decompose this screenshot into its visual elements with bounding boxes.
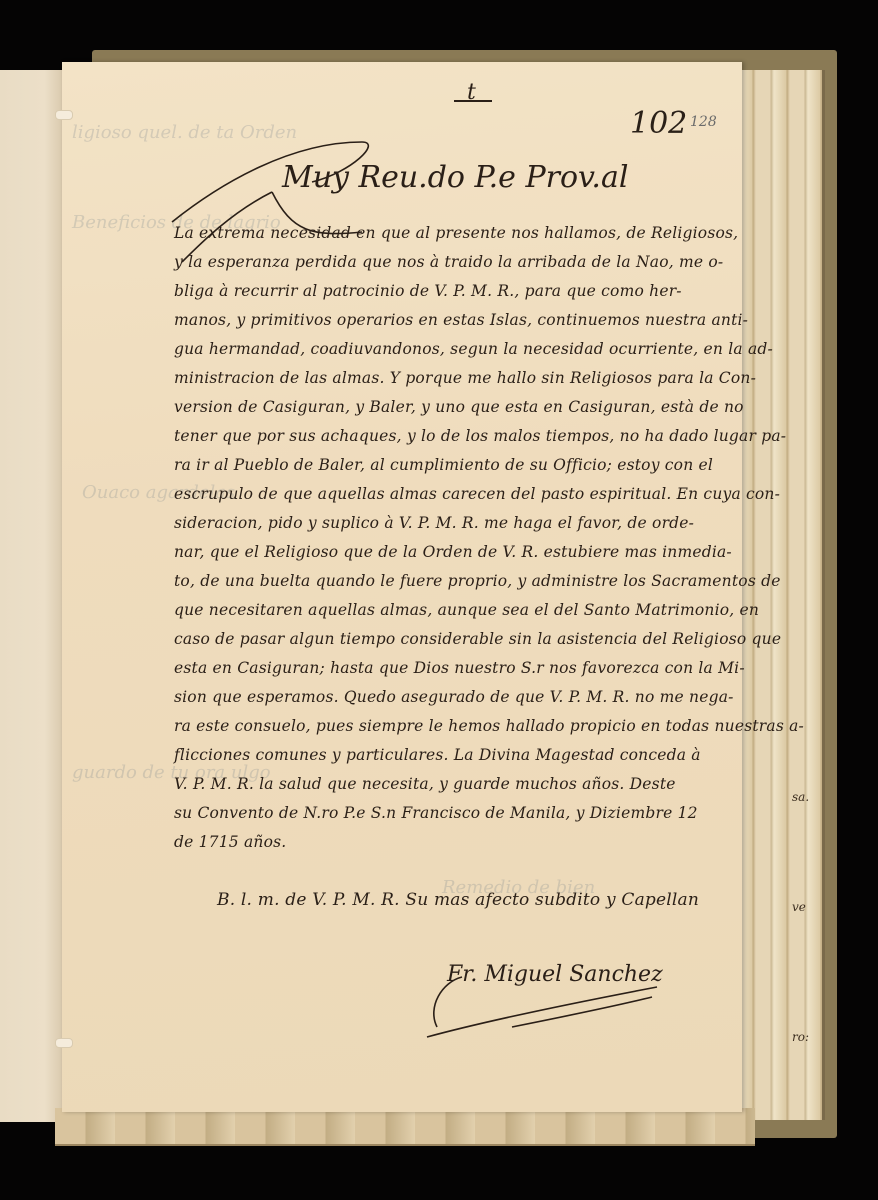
salutation: Muy Reu.do P.e Prov.al [282,160,628,195]
manuscript-page: ligioso quel. de ta Orden Beneficios de … [62,62,742,1112]
body-line: version de Casiguran, y Baler, y uno que… [174,398,744,416]
body-line: ra este consuelo, pues siempre le hemos … [174,717,804,735]
signature-rubric [422,967,682,1047]
body-line: nar, que el Religioso que de la Orden de… [174,543,732,561]
body-line: y la esperanza perdida que nos à traido … [174,253,723,271]
body-line: flicciones comunes y particulares. La Di… [174,746,701,764]
page-stack-bottom-edge [55,1108,755,1146]
folio-pencil-number: 128 [690,114,717,130]
body-line: ministracion de las almas. Y porque me h… [174,369,756,387]
closing-line: B. l. m. de V. P. M. R. Su mas afecto su… [217,890,699,910]
body-line: sideracion, pido y suplico à V. P. M. R.… [174,514,694,532]
body-line: tener que por sus achaques, y lo de los … [174,427,786,445]
folio-number: 102 [630,106,687,141]
body-line: sion que esperamos. Quedo asegurado de q… [174,688,734,706]
top-mark-stroke [454,100,492,102]
body-line: bliga à recurrir al patrocinio de V. P. … [174,282,682,300]
body-line: esta en Casiguran; hasta que Dios nuestr… [174,659,745,677]
body-line: caso de pasar algun tiempo considerable … [174,630,781,648]
body-line: gua hermandad, coadiuvandonos, segun la … [174,340,773,358]
body-line: que necesitaren aquellas almas, aunque s… [174,601,759,619]
body-line: de 1715 años. [174,833,286,851]
facing-page-left [0,70,66,1122]
binding-stitch [55,110,73,120]
body-line: manos, y primitivos operarios en estas I… [174,311,748,329]
body-line: su Convento de N.ro P.e S.n Francisco de… [174,804,698,822]
body-line: ra ir al Pueblo de Baler, al cumplimient… [174,456,713,474]
binding-stitch [55,1038,73,1048]
body-line: La extrema necesidad en que al presente … [174,224,738,242]
body-line: to, de una buelta quando le fuere propri… [174,572,781,590]
body-line: escrupulo de que aquellas almas carecen … [174,485,780,503]
body-line: V. P. M. R. la salud que necesita, y gua… [174,775,676,793]
